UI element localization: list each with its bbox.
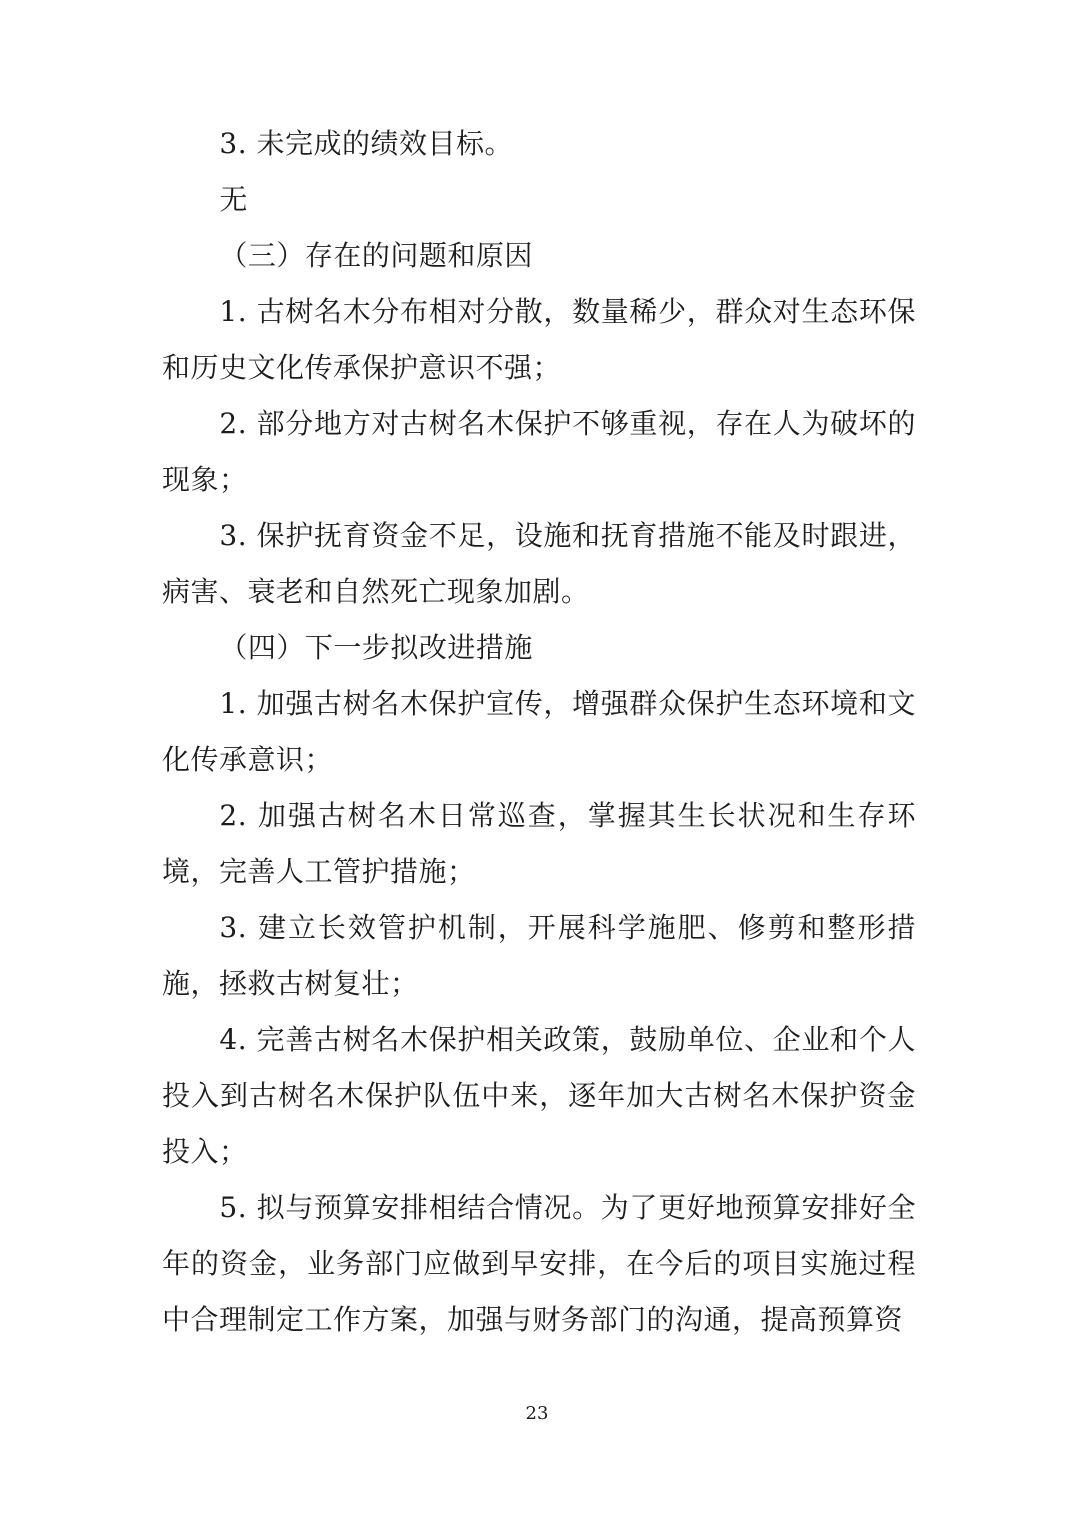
paragraph-problem-3: 3. 保护抚育资金不足，设施和抚育措施不能及时跟进，病害、衰老和自然死亡现象加剧… <box>162 508 916 620</box>
paragraph-measure-2: 2. 加强古树名木日常巡查，掌握其生长状况和生存环境，完善人工管护措施； <box>162 788 916 900</box>
page-footer: 23 <box>0 1400 1074 1428</box>
paragraph-none: 无 <box>162 172 916 228</box>
paragraph-measure-5: 5. 拟与预算安排相结合情况。为了更好地预算安排好全年的资金，业务部门应做到早安… <box>162 1180 916 1348</box>
document-page: 3. 未完成的绩效目标。 无 （三）存在的问题和原因 1. 古树名木分布相对分散… <box>0 0 1074 1520</box>
paragraph-problem-1: 1. 古树名木分布相对分散，数量稀少，群众对生态环保和历史文化传承保护意识不强； <box>162 284 916 396</box>
paragraph-problem-2: 2. 部分地方对古树名木保护不够重视，存在人为破坏的现象； <box>162 396 916 508</box>
paragraph-measure-1: 1. 加强古树名木保护宣传，增强群众保护生态环境和文化传承意识； <box>162 676 916 788</box>
paragraph-measure-3: 3. 建立长效管护机制，开展科学施肥、修剪和整形措施，拯救古树复壮； <box>162 900 916 1012</box>
section-heading-problems: （三）存在的问题和原因 <box>162 228 916 284</box>
section-heading-improvements: （四）下一步拟改进措施 <box>162 620 916 676</box>
document-body: 3. 未完成的绩效目标。 无 （三）存在的问题和原因 1. 古树名木分布相对分散… <box>162 116 916 1348</box>
page-number: 23 <box>526 1403 549 1424</box>
paragraph-unfinished-goals: 3. 未完成的绩效目标。 <box>162 116 916 172</box>
paragraph-measure-4: 4. 完善古树名木保护相关政策，鼓励单位、企业和个人投入到古树名木保护队伍中来，… <box>162 1012 916 1180</box>
